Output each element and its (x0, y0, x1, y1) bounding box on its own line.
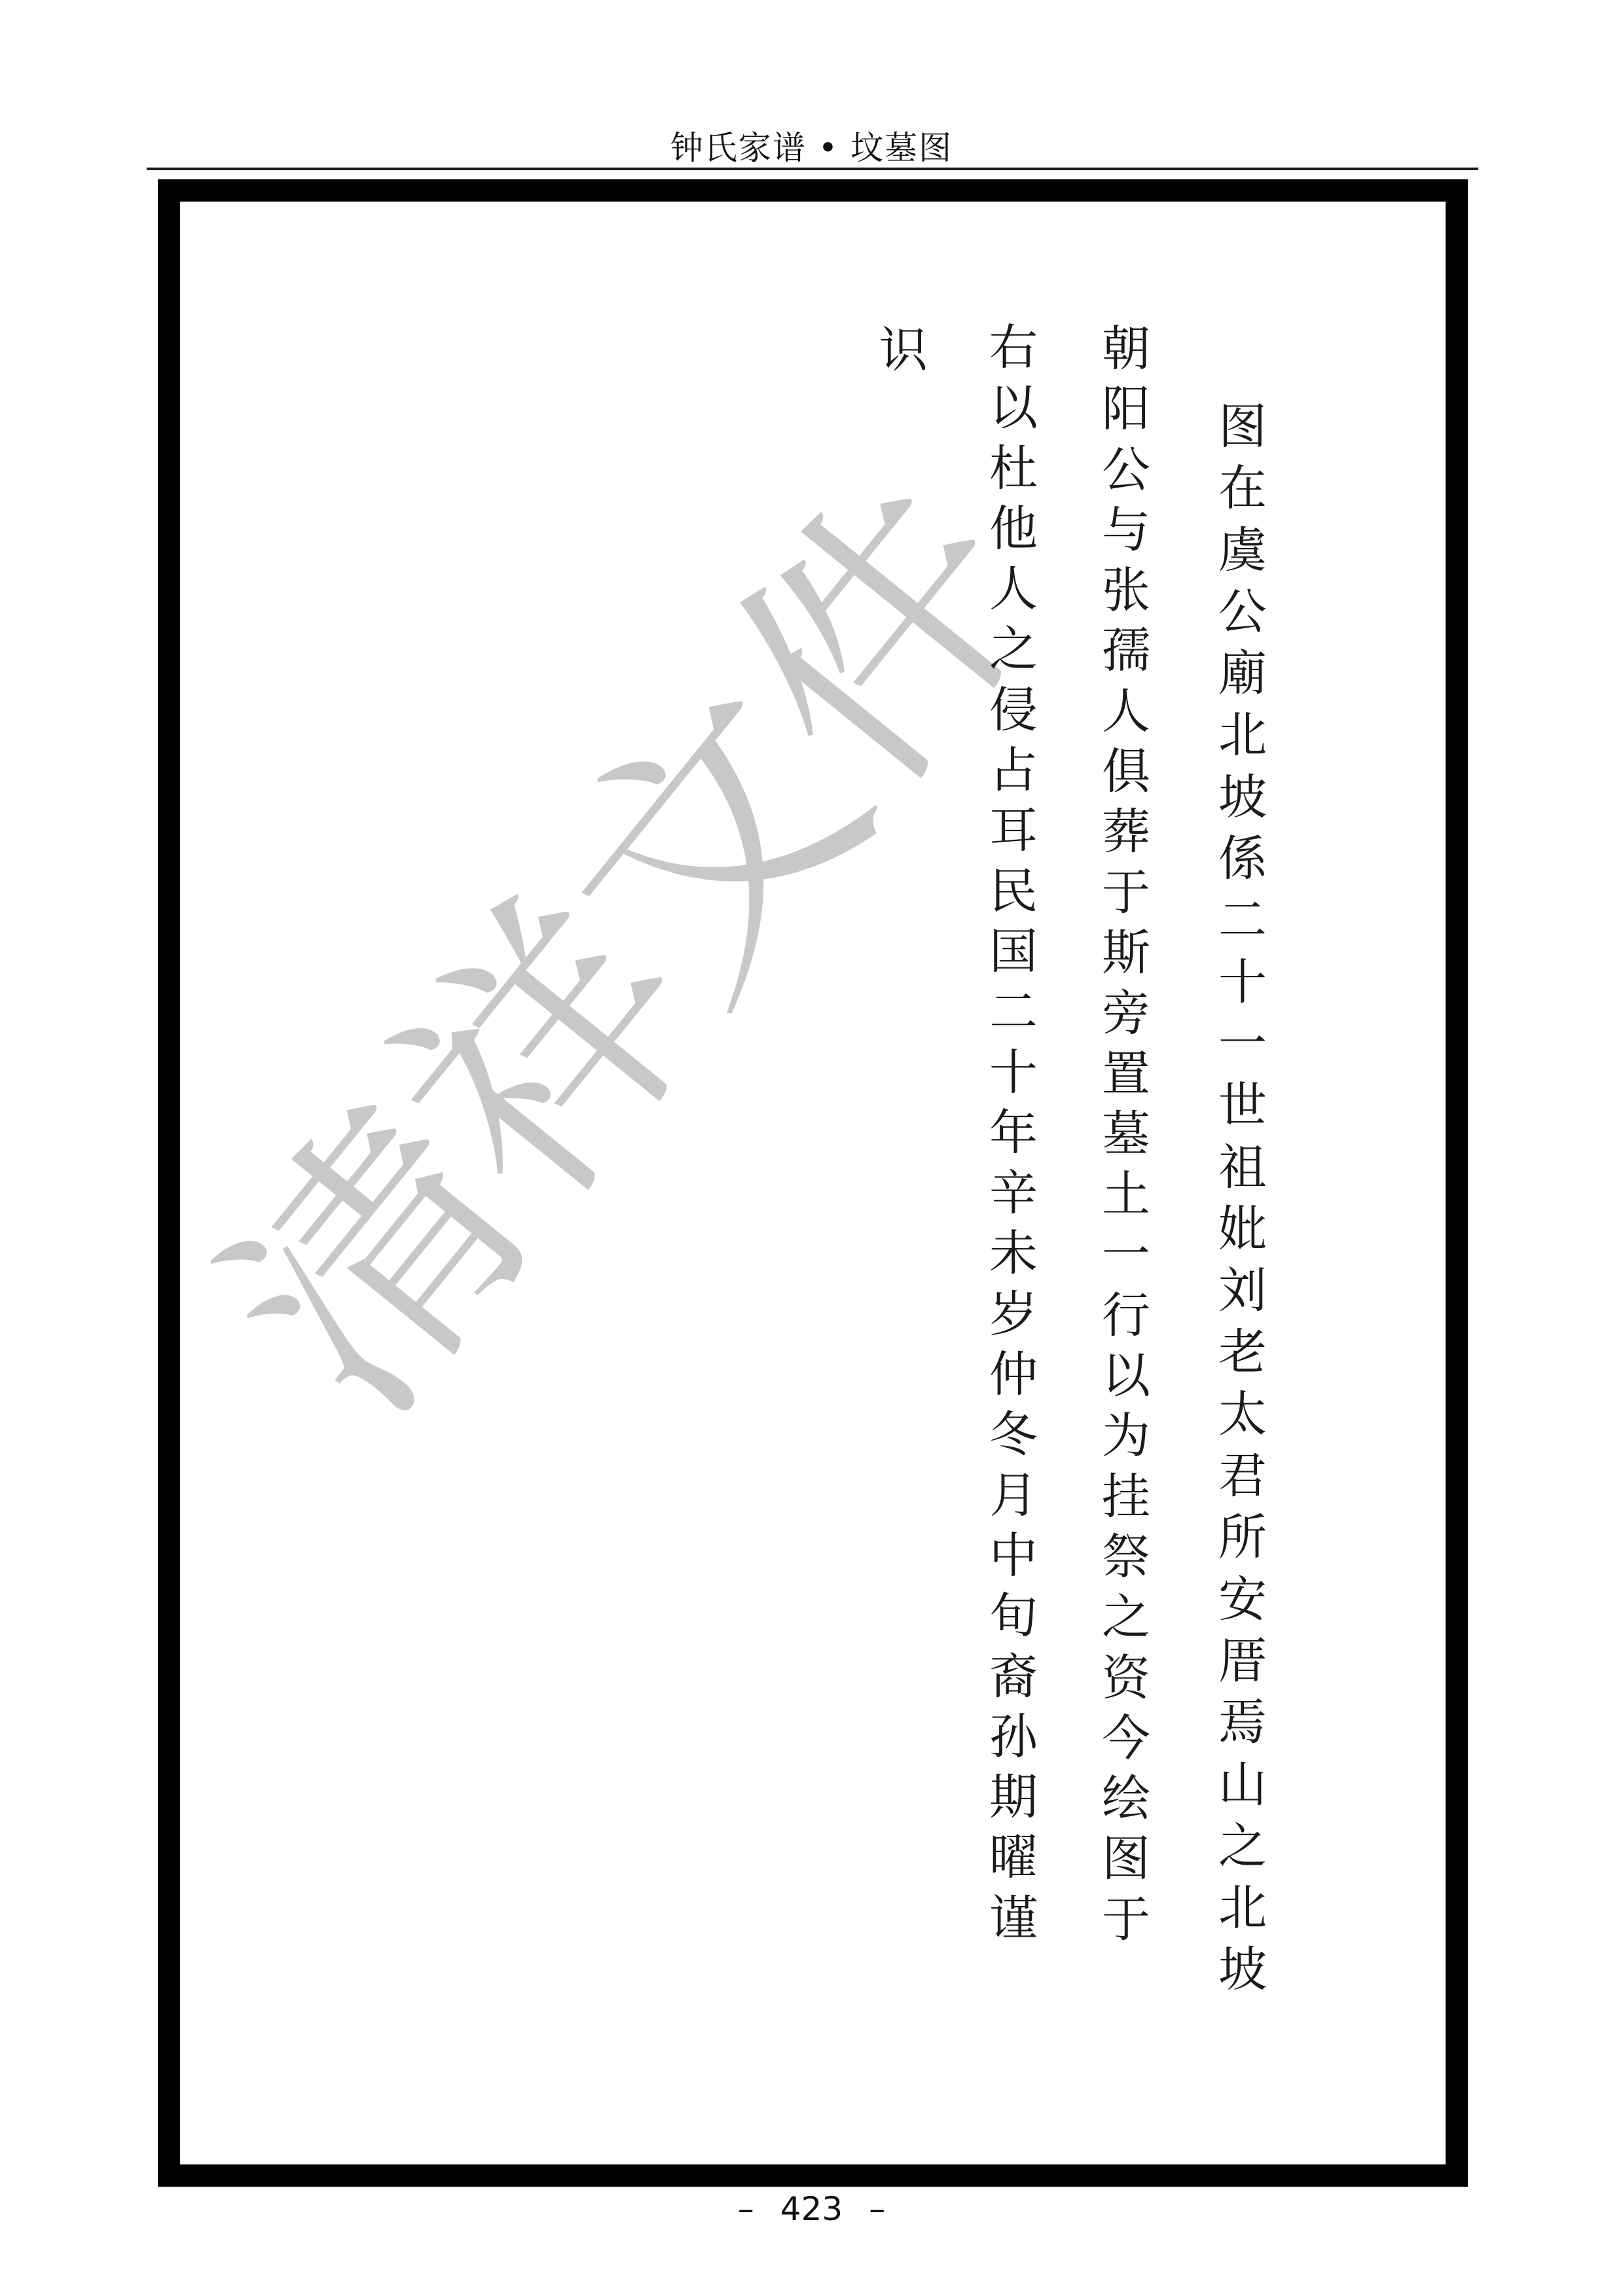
column-character: 係 (1218, 834, 1267, 883)
column-character: 耳 (989, 806, 1038, 855)
column-character: 绘 (1102, 1774, 1150, 1823)
column-character: 在 (1218, 464, 1267, 512)
column-character: 焉 (1218, 1698, 1267, 1747)
text-column-1: 图在虞公廟北坡係二十一世祖妣刘老太君所安厝焉山之北坡 (1213, 403, 1272, 2007)
column-character: 中 (989, 1532, 1038, 1580)
column-character: 厝 (1218, 1637, 1267, 1685)
column-character: 十 (1218, 958, 1267, 1007)
column-character: 侵 (989, 686, 1038, 734)
column-character: 廟 (1218, 649, 1267, 698)
column-character: 行 (1102, 1291, 1150, 1340)
column-character: 月 (989, 1471, 1038, 1520)
column-character: 旬 (989, 1592, 1038, 1640)
column-character: 祭 (1102, 1533, 1150, 1581)
column-character: 右 (989, 323, 1038, 372)
column-character: 公 (1218, 588, 1267, 636)
column-character: 俱 (1102, 747, 1150, 796)
column-character: 祖 (1218, 1143, 1267, 1192)
page-header-title: 钟氏家谱 • 坟墓图 (0, 128, 1623, 168)
column-character: 杜 (989, 444, 1038, 493)
column-character: 君 (1218, 1452, 1267, 1500)
column-character: 土 (1102, 1170, 1150, 1219)
footer-dash-left: – (738, 2191, 754, 2227)
column-character: 太 (1218, 1390, 1267, 1439)
column-character: 老 (1218, 1328, 1267, 1376)
column-character: 朝 (1102, 325, 1150, 373)
column-character: 之 (1218, 1822, 1267, 1871)
column-character: 为 (1102, 1412, 1150, 1460)
column-character: 资 (1102, 1654, 1150, 1702)
column-character: 占 (989, 746, 1038, 795)
column-character: 谨 (989, 1894, 1038, 1943)
column-character: 妣 (1218, 1205, 1267, 1253)
column-character: 葬 (1102, 808, 1150, 856)
column-character: 孙 (989, 1713, 1038, 1761)
column-character: 所 (1218, 1513, 1267, 1562)
column-character: 冬 (989, 1410, 1038, 1459)
column-character: 二 (1218, 896, 1267, 944)
header-rule (147, 168, 1478, 170)
column-character: 阳 (1102, 385, 1150, 433)
column-character: 斯 (1102, 929, 1150, 977)
column-character: 识 (879, 326, 928, 374)
column-character: 刘 (1218, 1266, 1267, 1315)
column-character: 公 (1102, 446, 1150, 494)
column-character: 期 (989, 1773, 1038, 1821)
column-character: 世 (1218, 1081, 1267, 1130)
column-character: 民 (989, 867, 1038, 916)
column-character: 二 (989, 988, 1038, 1036)
column-character: 裔 (989, 1653, 1038, 1701)
column-character: 旁 (1102, 989, 1150, 1037)
column-character: 北 (1218, 711, 1267, 759)
column-character: 以 (1102, 1352, 1150, 1400)
column-character: 人 (989, 565, 1038, 613)
column-character: 曜 (989, 1833, 1038, 1882)
column-character: 于 (1102, 869, 1150, 917)
page-footer: –423– (0, 2191, 1623, 2227)
column-character: 他 (989, 505, 1038, 553)
column-character: 仲 (989, 1350, 1038, 1399)
column-character: 一 (1218, 1020, 1267, 1068)
text-column-2: 朝阳公与张孺人俱葬于斯旁置墓土一行以为挂祭之资今绘图于 (1097, 325, 1156, 1956)
column-character: 北 (1218, 1884, 1267, 1932)
column-character: 置 (1102, 1050, 1150, 1098)
column-character: 今 (1102, 1714, 1150, 1763)
page-number: 423 (780, 2190, 843, 2228)
column-character: 国 (989, 927, 1038, 976)
column-character: 张 (1102, 566, 1150, 615)
column-character: 辛 (989, 1169, 1038, 1217)
footer-dash-right: – (869, 2191, 885, 2227)
column-character: 墓 (1102, 1110, 1150, 1158)
column-character: 孺 (1102, 626, 1150, 675)
column-character: 山 (1218, 1761, 1267, 1809)
column-character: 岁 (989, 1290, 1038, 1338)
column-character: 人 (1102, 687, 1150, 736)
column-character: 图 (1218, 403, 1267, 451)
column-character: 坡 (1218, 1945, 1267, 1994)
column-character: 与 (1102, 506, 1150, 554)
text-column-4: 识 (874, 326, 933, 374)
column-character: 年 (989, 1109, 1038, 1157)
column-character: 挂 (1102, 1473, 1150, 1521)
column-character: 虞 (1218, 526, 1267, 575)
column-character: 未 (989, 1229, 1038, 1278)
text-column-3: 右以杜他人之侵占耳民国二十年辛未岁仲冬月中旬裔孙期曜谨 (984, 323, 1043, 1954)
column-character: 于 (1102, 1895, 1150, 1944)
column-character: 安 (1218, 1575, 1267, 1624)
column-character: 以 (989, 384, 1038, 432)
column-character: 坡 (1218, 773, 1267, 821)
column-character: 一 (1102, 1230, 1150, 1279)
column-character: 之 (989, 625, 1038, 673)
column-character: 图 (1102, 1835, 1150, 1883)
column-character: 之 (1102, 1593, 1150, 1641)
column-character: 十 (989, 1049, 1038, 1097)
